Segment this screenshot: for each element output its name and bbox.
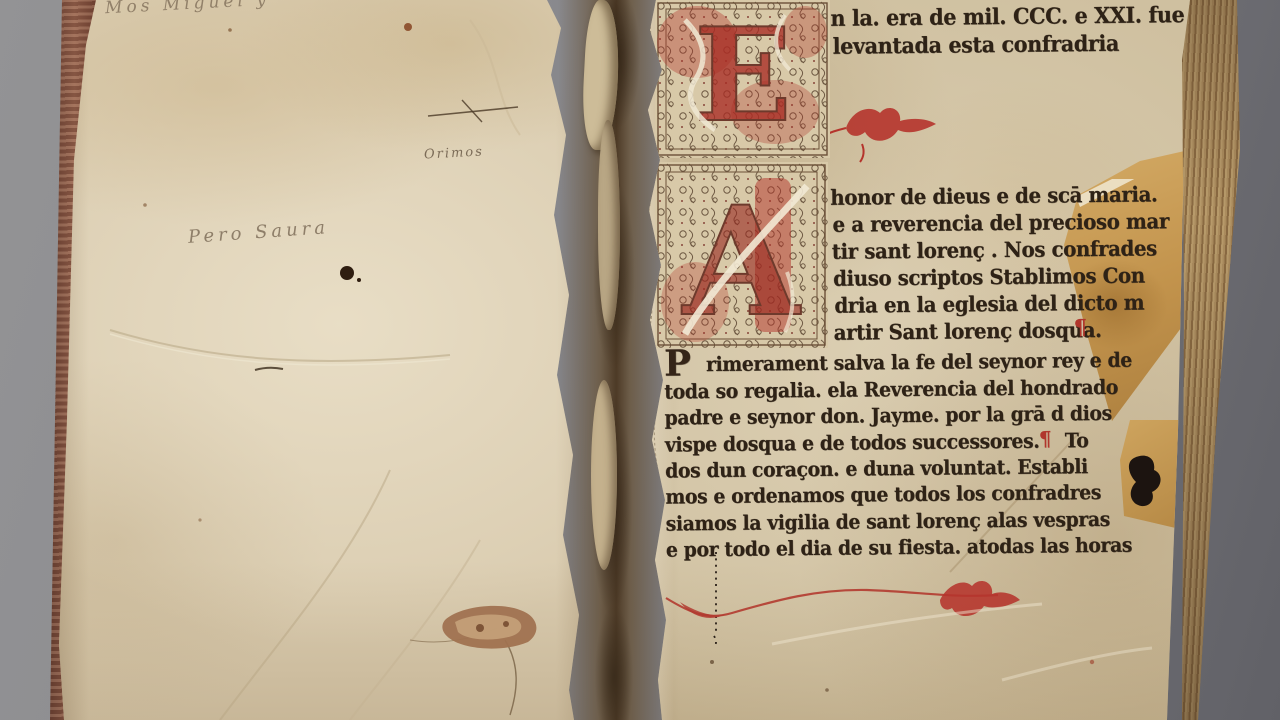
right-page-parchment: E A n la. era de mil. CCC. e XXI. fue le…: [622, 0, 1198, 720]
red-pilcrow: ¶: [1039, 427, 1052, 451]
left-page-parchment: Mos Miguel y Orimos Pero Saura: [50, 0, 606, 720]
invocation-line: dria en la eglesia del dicto m: [834, 290, 1144, 318]
invocation-line: diuso scriptos Stablimos Con: [833, 263, 1145, 291]
ordinance-line: e por todo el dia de su fiesta. atodas l…: [666, 533, 1132, 562]
crack: [505, 640, 516, 715]
ink-dash: [255, 368, 283, 370]
gothic-text-block: n la. era de mil. CCC. e XXI. fue levant…: [618, 0, 1202, 720]
ordinance-line: mos e ordenamos que todos los confradres: [665, 480, 1101, 509]
damage-spot: [476, 624, 484, 632]
crumpled-leaf-edge: [591, 380, 617, 570]
damage-patch-inner: [455, 615, 521, 640]
fore-edge-page-block: [1182, 0, 1244, 720]
left-page-marks: [50, 0, 606, 720]
red-pilcrow: ¶: [1074, 314, 1088, 339]
ordinance-line: toda so regalia. ela Reverencia del hond…: [664, 375, 1118, 404]
ordinance-line: rimerament salva la fe del seynor rey e …: [706, 348, 1132, 376]
ordinance-line: siamos la vigilia de sant lorenç alas ve…: [666, 507, 1110, 536]
ordinance-line: dos dun coraçon. e duna voluntat. Establ…: [665, 454, 1088, 482]
ink-blot: [340, 266, 354, 280]
speck: [198, 518, 201, 521]
heading-line: n la. era de mil. CCC. e XXI. fue: [830, 2, 1184, 32]
initial-letter-P: P: [664, 342, 692, 384]
invocation-line: e a reverencia del precioso mar: [832, 208, 1169, 237]
orimos-inscription: Orimos: [424, 144, 485, 162]
invocation-line: tir sant lorenç . Nos confrades: [832, 235, 1157, 263]
crease: [110, 330, 450, 361]
speck: [404, 23, 412, 31]
ordinance-line-continuation: To: [1065, 428, 1089, 452]
speck: [228, 28, 232, 32]
damage-spot: [503, 621, 509, 627]
invocation-line: honor de dieus e de scā maria.: [830, 181, 1157, 209]
crumpled-leaf-edge: [580, 0, 622, 151]
ink-blot: [357, 278, 361, 282]
invocation-line: artir Sant lorenç dosqua.: [834, 317, 1102, 345]
heading-line: levantada esta confradria: [833, 31, 1120, 60]
crease: [220, 470, 390, 720]
crumpled-leaf-edge: [598, 120, 620, 330]
ordinance-line: padre e seynor don. Jayme. por la grā d …: [664, 401, 1111, 430]
photo-of-manuscript: Mos Miguel y Orimos Pero Saura: [0, 0, 1280, 720]
ordinance-line: vispe dosqua e de todos successores.: [665, 429, 1040, 457]
speck: [143, 203, 147, 207]
